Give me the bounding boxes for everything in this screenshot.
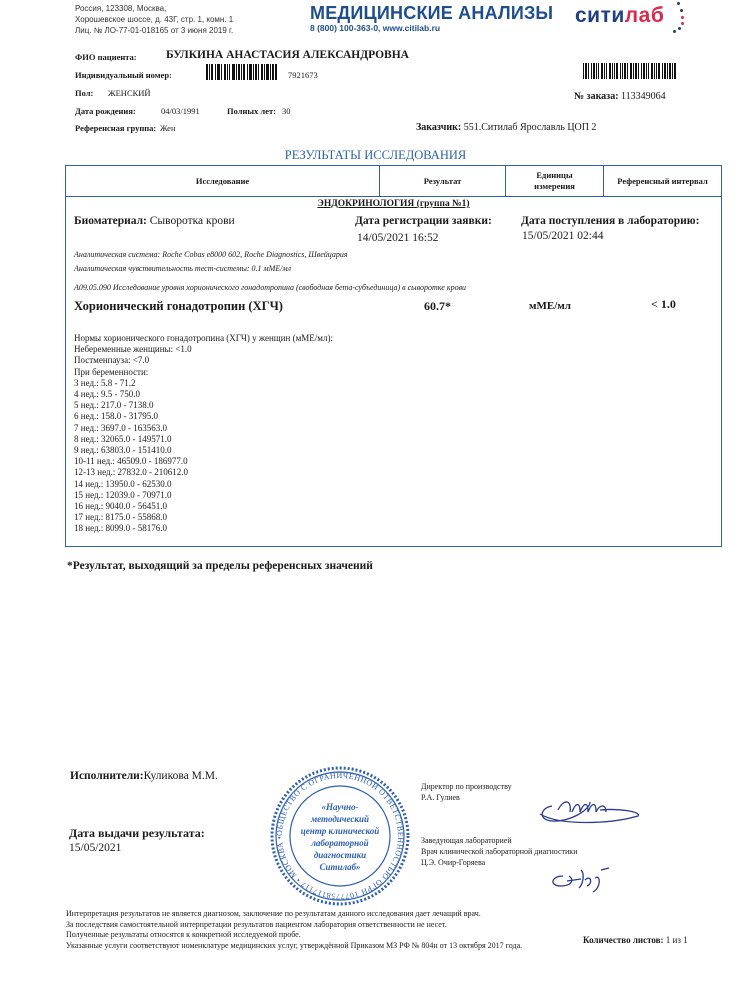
norm-line: 7 нед.: 3697.0 - 163563.0	[74, 423, 333, 434]
brand-title: МЕДИЦИНСКИЕ АНАЛИЗЫ	[310, 3, 553, 24]
issue-date: 15/05/2021	[69, 842, 121, 854]
lab-stamp-icon: ОБЩЕСТВО С ОГРАНИЧЕННОЙ ОТВЕТСТВЕННОСТЬЮ…	[266, 766, 414, 906]
svg-text:диагностики: диагностики	[314, 850, 366, 860]
patient-id: 7921673	[288, 70, 318, 80]
license-line: Лиц. № ЛО-77-01-018165 от 3 июня 2019 г.	[75, 25, 233, 36]
logo-dots-icon	[668, 2, 688, 32]
address-line: Россия, 123308, Москва,	[75, 3, 233, 14]
sex-label: Пол:	[75, 88, 93, 98]
patient-name: БУЛКИНА АНАСТАСИЯ АЛЕКСАНДРОВНА	[166, 49, 409, 61]
col-units: Единицы измерения	[506, 166, 604, 196]
norm-line: 9 нед.: 63803.0 - 151410.0	[74, 445, 333, 456]
group-title: ЭНДОКРИНОЛОГИЯ (группа №1)	[66, 199, 721, 209]
page-count: 1 из 1	[666, 935, 688, 945]
norm-line: 12-13 нед.: 27832.0 - 210612.0	[74, 467, 333, 478]
svg-text:лабораторной: лабораторной	[310, 838, 368, 848]
norm-line: 4 нед.: 9.5 - 750.0	[74, 389, 333, 400]
head-signature-icon	[545, 862, 615, 894]
director-name: Р.А. Гулиев	[421, 792, 512, 803]
col-reference: Референсный интервал	[604, 166, 721, 196]
customer-row: Заказчик: 551.Ситилаб Ярославль ЦОП 2	[416, 122, 596, 133]
norms-list: Нормы хорионического гонадотропина (ХГЧ)…	[74, 333, 333, 535]
norm-line: 5 нед.: 217.0 - 7138.0	[74, 400, 333, 411]
performers-label: Исполнители:	[70, 770, 144, 782]
table-header: Исследование Результат Единицы измерения…	[66, 166, 721, 197]
age-label: Полных лет:	[227, 106, 276, 116]
test-code: A09.05.090 Исследование уровня хориониче…	[74, 283, 466, 292]
analytic-system: Аналитическая система: Roche Cobas e8000…	[74, 250, 348, 259]
svg-text:«Научно-: «Научно-	[321, 802, 358, 812]
norm-line: 6 нед.: 158.0 - 31795.0	[74, 411, 333, 422]
disclaimer-line: Указанные услуги соответствуют номенклат…	[66, 941, 522, 952]
norm-line: Постменпауза: <7.0	[74, 355, 333, 366]
address-line: Хорошевское шоссе, д. 43Г, стр. 1, комн.…	[75, 14, 233, 25]
customer-label: Заказчик:	[416, 122, 461, 133]
col-result: Результат	[380, 166, 506, 196]
disclaimer-line: Полученные результаты относятся к конкре…	[66, 930, 522, 941]
norm-line: Небеременные женщины: <1.0	[74, 344, 333, 355]
brand-contacts: 8 (800) 100-363-0, www.citilab.ru	[310, 23, 553, 33]
norm-line: 15 нед.: 12039.0 - 70971.0	[74, 490, 333, 501]
logo-text-1: сити	[575, 4, 625, 27]
director-title: Директор по производству	[421, 781, 512, 792]
brand-block: МЕДИЦИНСКИЕ АНАЛИЗЫ 8 (800) 100-363-0, w…	[310, 3, 553, 33]
director-signature-icon	[530, 788, 645, 833]
page-count-row: Количество листов: 1 из 1	[583, 935, 688, 945]
norm-line: Нормы хорионического гонадотропина (ХГЧ)…	[74, 333, 333, 344]
lab-date-label: Дата поступления в лабораторию:	[521, 215, 699, 227]
norm-line: 16 нед.: 9040.0 - 56451.0	[74, 501, 333, 512]
svg-text:Ситилаб»: Ситилаб»	[319, 862, 360, 872]
performers-value: Куликова М.М.	[144, 770, 218, 782]
head-position: Врач клинической лабораторной диагностик…	[421, 846, 577, 857]
ref-group-value: Жен	[160, 123, 176, 133]
sex-value: ЖЕНСКИЙ	[108, 88, 151, 98]
biomaterial-label: Биоматериал:	[74, 215, 147, 227]
test-result: 60.7*	[424, 299, 451, 314]
out-of-range-note: *Результат, выходящий за пределы референ…	[67, 560, 373, 572]
disclaimer-line: За последствия самостоятельной интерпрет…	[66, 920, 522, 931]
norm-line: При беременности:	[74, 367, 333, 378]
customer-value: 551.Ситилаб Ярославль ЦОП 2	[464, 122, 597, 133]
performers-row: Исполнители:Куликова М.М.	[70, 770, 218, 782]
sensitivity: Аналитическая чувствительность тест-сист…	[74, 264, 291, 273]
test-reference: < 1.0	[651, 297, 676, 312]
norm-line: 3 нед.: 5.8 - 71.2	[74, 378, 333, 389]
norm-line: 17 нед.: 8175.0 - 55868.0	[74, 512, 333, 523]
lab-address: Россия, 123308, Москва, Хорошевское шосс…	[75, 3, 233, 36]
issue-date-label: Дата выдачи результата:	[69, 826, 205, 841]
test-name: Хорионический гонадотропин (ХГЧ)	[74, 299, 283, 314]
age-value: 30	[282, 106, 291, 116]
logo-text-2: лаб	[625, 4, 665, 27]
head-title: Заведующая лабораторией	[421, 835, 577, 846]
biomaterial-value: Сыворотка крови	[150, 215, 235, 227]
page-count-label: Количество листов:	[583, 935, 664, 945]
reg-date: 14/05/2021 16:52	[357, 232, 438, 244]
director-block: Директор по производству Р.А. Гулиев	[421, 781, 512, 803]
col-test: Исследование	[66, 166, 380, 196]
norm-line: 18 нед.: 8099.0 - 58176.0	[74, 523, 333, 534]
norm-line: 10-11 нед.: 46509.0 - 186977.0	[74, 456, 333, 467]
order-number-label: № заказа:	[574, 91, 619, 102]
dob-value: 04/03/1991	[161, 106, 200, 116]
norm-line: 8 нед.: 32065.0 - 149571.0	[74, 434, 333, 445]
norm-line: 14 нед.: 13950.0 - 62530.0	[74, 479, 333, 490]
citilab-logo: ситилаб	[575, 4, 664, 28]
test-units: мМЕ/мл	[529, 300, 571, 312]
order-number-row: № заказа: 113349064	[574, 91, 666, 102]
biomaterial-row: Биоматериал: Сыворотка крови	[74, 215, 235, 227]
ref-group-label: Референсная группа:	[75, 123, 156, 133]
patient-name-label: ФИО пациента:	[75, 52, 137, 62]
results-title: РЕЗУЛЬТАТЫ ИССЛЕДОВАНИЯ	[0, 148, 751, 163]
patient-id-label: Индивидуальный номер:	[75, 70, 172, 80]
disclaimer: Интерпретация результатов не является ди…	[66, 909, 522, 951]
svg-text:методический: методический	[310, 814, 369, 824]
dob-label: Дата рождения:	[75, 106, 136, 116]
patient-barcode	[206, 64, 282, 80]
reg-date-label: Дата регистрации заявки:	[355, 215, 492, 227]
svg-text:центр клинической: центр клинической	[301, 826, 379, 836]
order-number: 113349064	[621, 91, 666, 102]
lab-date: 15/05/2021 02:44	[522, 230, 603, 242]
disclaimer-line: Интерпретация результатов не является ди…	[66, 909, 522, 920]
results-table: Исследование Результат Единицы измерения…	[65, 165, 722, 547]
order-barcode	[583, 63, 705, 79]
